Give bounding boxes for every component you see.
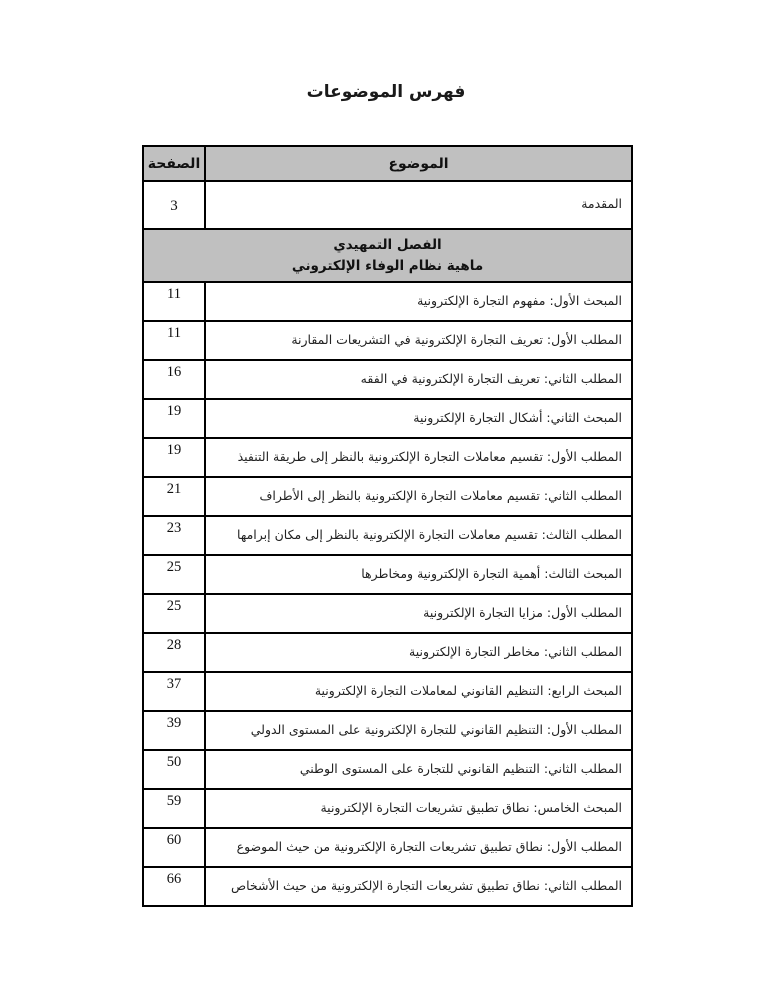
table-header-row: الصفحة الموضوع [143, 146, 632, 181]
topic-cell: المبحث الثاني: أشكال التجارة الإلكترونية [205, 399, 632, 438]
topic-cell: المطلب الأول: نطاق تطبيق تشريعات التجارة… [205, 828, 632, 867]
table-row: 21 المطلب الثاني: تقسيم معاملات التجارة … [143, 477, 632, 516]
page-number: 37 [143, 672, 205, 711]
table-row: 60 المطلب الأول: نطاق تطبيق تشريعات التج… [143, 828, 632, 867]
topic-cell: المبحث الرابع: التنظيم القانوني لمعاملات… [205, 672, 632, 711]
page-number: 25 [143, 594, 205, 633]
toc-table: الصفحة الموضوع 3 المقدمة الفصل التمهيدي … [142, 145, 633, 907]
topic-cell: المبحث الثالث: أهمية التجارة الإلكترونية… [205, 555, 632, 594]
table-row: 19 المطلب الأول: تقسيم معاملات التجارة ا… [143, 438, 632, 477]
topic-cell: المطلب الثالث: تقسيم معاملات التجارة الإ… [205, 516, 632, 555]
topic-cell: المقدمة [205, 181, 632, 229]
document-page: فهرس الموضوعات الصفحة الموضوع 3 المقدمة … [0, 0, 772, 1000]
page-number: 11 [143, 282, 205, 321]
topic-cell: المطلب الأول: مزايا التجارة الإلكترونية [205, 594, 632, 633]
page-number: 11 [143, 321, 205, 360]
page-number: 16 [143, 360, 205, 399]
page-number: 66 [143, 867, 205, 906]
page-number: 3 [143, 181, 205, 229]
table-row: 66 المطلب الثاني: نطاق تطبيق تشريعات الت… [143, 867, 632, 906]
table-row: 59 المبحث الخامس: نطاق تطبيق تشريعات الت… [143, 789, 632, 828]
page-number: 21 [143, 477, 205, 516]
table-row: 11 المبحث الأول: مفهوم التجارة الإلكترون… [143, 282, 632, 321]
table-row: 39 المطلب الأول: التنظيم القانوني للتجار… [143, 711, 632, 750]
page-title: فهرس الموضوعات [0, 82, 772, 102]
topic-cell: المبحث الأول: مفهوم التجارة الإلكترونية [205, 282, 632, 321]
intro-row: 3 المقدمة [143, 181, 632, 229]
table-row: 16 المطلب الثاني: تعريف التجارة الإلكترو… [143, 360, 632, 399]
topic-cell: المطلب الأول: التنظيم القانوني للتجارة ا… [205, 711, 632, 750]
table-row: 25 المطلب الأول: مزايا التجارة الإلكترون… [143, 594, 632, 633]
topic-cell: المطلب الثاني: تقسيم معاملات التجارة الإ… [205, 477, 632, 516]
page-number: 19 [143, 399, 205, 438]
table-row: 11 المطلب الأول: تعريف التجارة الإلكترون… [143, 321, 632, 360]
page-number: 25 [143, 555, 205, 594]
section-title-line2: ماهية نظام الوفاء الإلكتروني [148, 256, 627, 277]
page-number: 39 [143, 711, 205, 750]
topic-cell: المطلب الثاني: نطاق تطبيق تشريعات التجار… [205, 867, 632, 906]
page-number: 19 [143, 438, 205, 477]
table-row: 19 المبحث الثاني: أشكال التجارة الإلكترو… [143, 399, 632, 438]
topic-cell: المطلب الأول: تعريف التجارة الإلكترونية … [205, 321, 632, 360]
table-row: 28 المطلب الثاني: مخاطر التجارة الإلكترو… [143, 633, 632, 672]
page-number: 60 [143, 828, 205, 867]
table-row: 23 المطلب الثالث: تقسيم معاملات التجارة … [143, 516, 632, 555]
topic-cell: المطلب الثاني: التنظيم القانوني للتجارة … [205, 750, 632, 789]
table-row: 25 المبحث الثالث: أهمية التجارة الإلكترو… [143, 555, 632, 594]
topic-column-header: الموضوع [205, 146, 632, 181]
section-title-line1: الفصل التمهيدي [148, 235, 627, 256]
table-row: 50 المطلب الثاني: التنظيم القانوني للتجا… [143, 750, 632, 789]
table-row: 37 المبحث الرابع: التنظيم القانوني لمعام… [143, 672, 632, 711]
page-number: 50 [143, 750, 205, 789]
page-number: 28 [143, 633, 205, 672]
topic-cell: المبحث الخامس: نطاق تطبيق تشريعات التجار… [205, 789, 632, 828]
topic-cell: المطلب الثاني: مخاطر التجارة الإلكترونية [205, 633, 632, 672]
page-number: 23 [143, 516, 205, 555]
section-header-row: الفصل التمهيدي ماهية نظام الوفاء الإلكتر… [143, 229, 632, 282]
topic-cell: المطلب الأول: تقسيم معاملات التجارة الإل… [205, 438, 632, 477]
topic-cell: المطلب الثاني: تعريف التجارة الإلكترونية… [205, 360, 632, 399]
page-number: 59 [143, 789, 205, 828]
section-header: الفصل التمهيدي ماهية نظام الوفاء الإلكتر… [143, 229, 632, 282]
page-column-header: الصفحة [143, 146, 205, 181]
